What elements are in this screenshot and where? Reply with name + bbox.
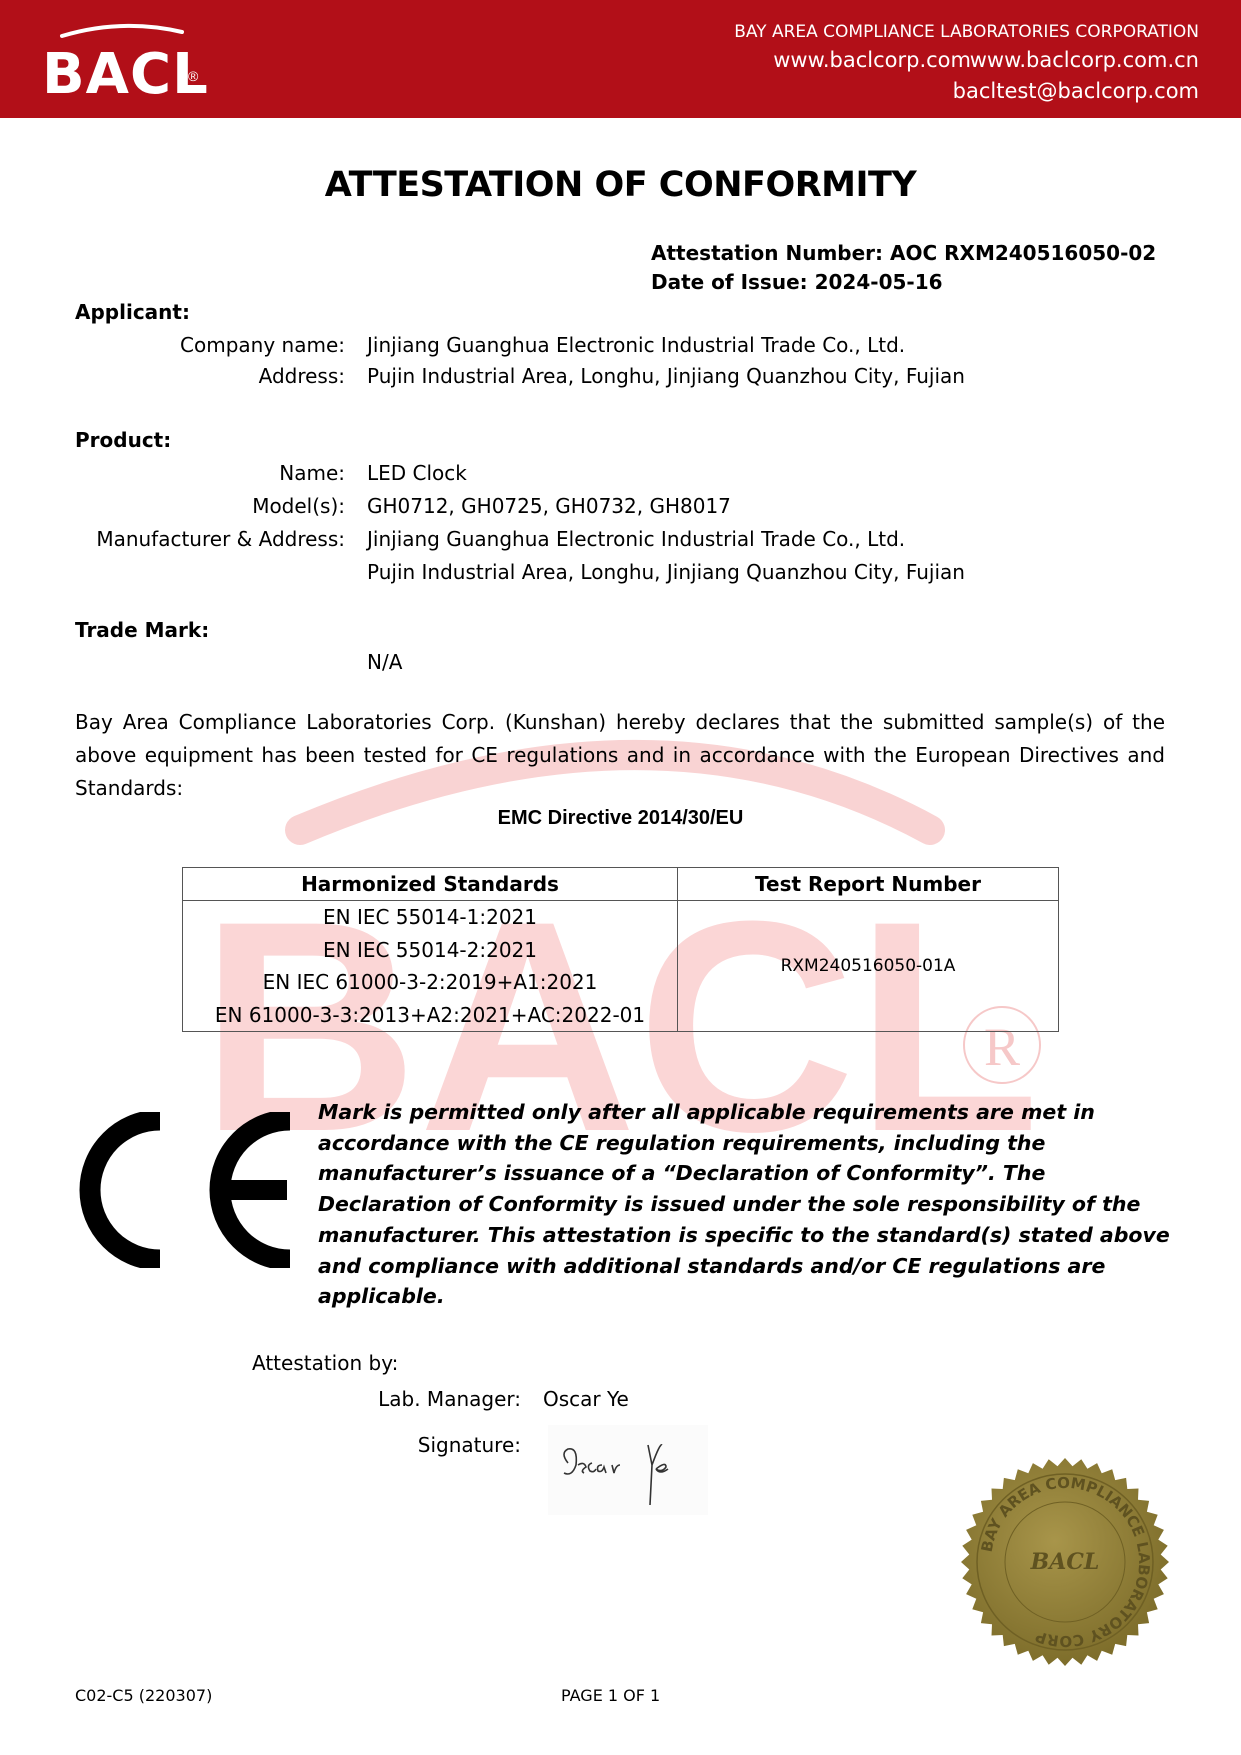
models-label: Model(s):	[252, 494, 345, 518]
page-title: ATTESTATION OF CONFORMITY	[0, 165, 1241, 205]
col-header-standards: Harmonized Standards	[183, 868, 678, 901]
trademark-value: N/A	[367, 650, 402, 674]
registered-mark: ®	[188, 68, 198, 84]
attestation-by-label: Attestation by:	[252, 1351, 398, 1375]
svg-text:BACL: BACL	[1030, 1549, 1100, 1575]
lab-manager-name: Oscar Ye	[543, 1387, 629, 1411]
ce-mark-icon	[75, 1112, 295, 1268]
standard-item: EN IEC 61000-3-2:2019+A1:2021	[183, 966, 677, 999]
logo-text: BACL	[42, 42, 209, 107]
address-label: Address:	[259, 364, 345, 388]
standards-table: Harmonized Standards Test Report Number …	[182, 867, 1059, 1032]
manufacturer-label: Manufacturer & Address:	[96, 527, 345, 551]
directive-title: EMC Directive 2014/30/EU	[0, 807, 1241, 830]
report-number-cell: RXM240516050-01A	[678, 901, 1059, 1032]
attestation-number: Attestation Number: AOC RXM240516050-02	[651, 241, 1156, 265]
models-value: GH0712, GH0725, GH0732, GH8017	[367, 494, 731, 518]
applicant-heading: Applicant:	[75, 300, 190, 324]
standard-item: EN 61000-3-3:2013+A2:2021+AC:2022-01	[183, 999, 677, 1032]
standard-item: EN IEC 55014-1:2021	[183, 901, 677, 934]
address-value: Pujin Industrial Area, Longhu, Jinjiang …	[367, 364, 965, 388]
signature-label: Signature:	[418, 1433, 521, 1457]
corporation-name: BAY AREA COMPLIANCE LABORATORIES CORPORA…	[734, 22, 1199, 42]
gold-seal-icon: BAY AREA COMPLIANCE LABORATORY CORP BACL	[960, 1457, 1170, 1667]
declaration-paragraph: Bay Area Compliance Laboratories Corp. (…	[75, 706, 1165, 805]
date-of-issue: Date of Issue: 2024-05-16	[651, 270, 943, 294]
table-row: EN IEC 55014-1:2021 EN IEC 55014-2:2021 …	[183, 901, 1059, 1032]
table-header-row: Harmonized Standards Test Report Number	[183, 868, 1059, 901]
lab-manager-label: Lab. Manager:	[378, 1387, 521, 1411]
logo-arc-icon	[52, 18, 202, 42]
product-heading: Product:	[75, 428, 171, 452]
ce-notice-text: Mark is permitted only after all applica…	[318, 1097, 1178, 1312]
header-banner: BACL ® BAY AREA COMPLIANCE LABORATORIES …	[0, 0, 1241, 118]
website-link-com[interactable]: www.baclcorp.com	[773, 48, 971, 72]
trademark-heading: Trade Mark:	[75, 618, 209, 642]
company-name-label: Company name:	[180, 333, 345, 357]
manufacturer-address: Pujin Industrial Area, Longhu, Jinjiang …	[367, 560, 965, 584]
standards-cell: EN IEC 55014-1:2021 EN IEC 55014-2:2021 …	[183, 901, 678, 1032]
website-link-cn[interactable]: www.baclcorp.com.cn	[970, 48, 1199, 72]
page-number: PAGE 1 OF 1	[561, 1686, 660, 1705]
product-name-label: Name:	[279, 461, 345, 485]
manufacturer-value: Jinjiang Guanghua Electronic Industrial …	[367, 527, 905, 551]
standard-item: EN IEC 55014-2:2021	[183, 934, 677, 967]
email-link[interactable]: bacltest@baclcorp.com	[953, 79, 1199, 103]
product-name-value: LED Clock	[367, 461, 467, 485]
bacl-logo: BACL ®	[42, 18, 212, 98]
company-name-value: Jinjiang Guanghua Electronic Industrial …	[367, 333, 905, 357]
col-header-report: Test Report Number	[678, 868, 1059, 901]
form-code: C02-C5 (220307)	[75, 1686, 212, 1705]
signature-image	[548, 1425, 708, 1515]
